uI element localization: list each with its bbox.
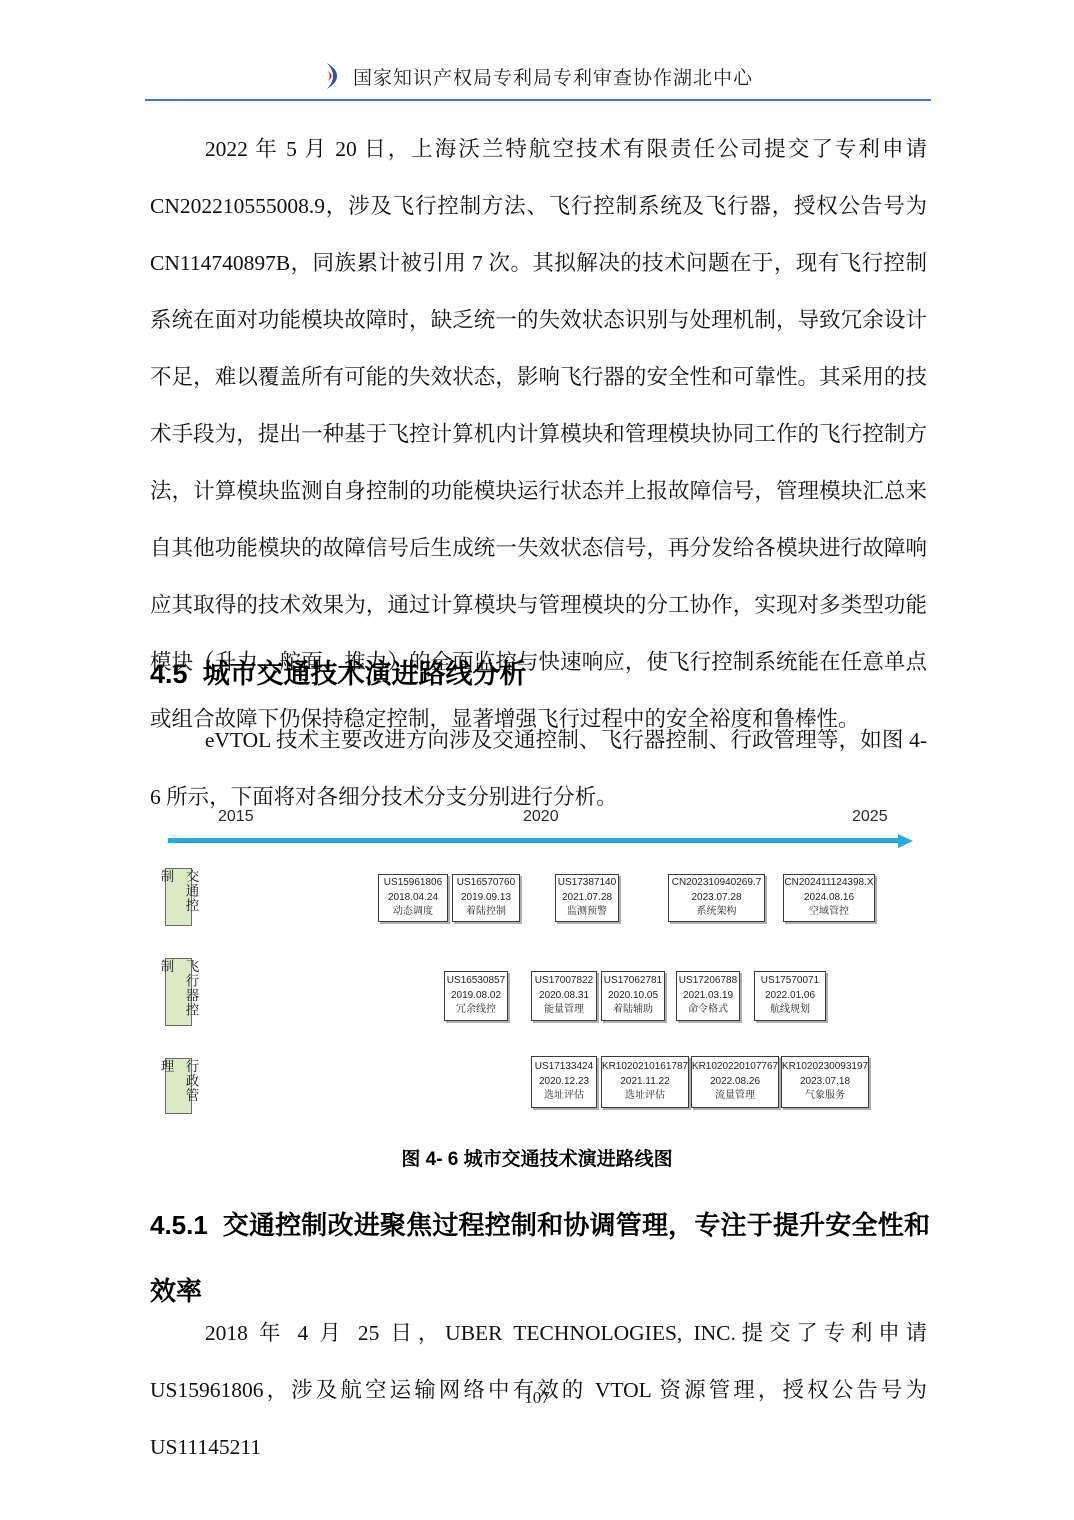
section-number: 4.5 (150, 659, 188, 689)
patent-label: 系统架构 (697, 905, 737, 920)
patent-date: 2024.08.16 (804, 891, 854, 906)
patent-label: 选址评估 (625, 1089, 665, 1104)
page-header: 国家知识产权局专利局专利审查协作湖北中心 (0, 62, 1074, 90)
section-title: 交通控制改进聚焦过程控制和协调管理，专注于提升安全性和效率 (150, 1210, 930, 1306)
patent-date: 2020.12.23 (539, 1075, 589, 1090)
patent-box: US17062781 2020.10.05 着陆辅助 (601, 971, 665, 1021)
row-label-aircraft-control: 飞行器控制 (165, 958, 192, 1026)
patent-label: 气象服务 (805, 1089, 845, 1104)
patent-label: 航线规划 (770, 1003, 810, 1018)
patent-id: CN202310940269.7 (672, 876, 762, 891)
patent-id: KR1020210161787 (602, 1060, 688, 1075)
patent-label: 冗余线控 (456, 1003, 496, 1018)
patent-id: US15961806 (384, 876, 442, 891)
patent-box: CN202310940269.7 2023.07.28 系统架构 (668, 874, 765, 922)
year-label-2020: 2020 (523, 808, 559, 826)
patent-date: 2021.11.22 (620, 1075, 669, 1090)
header-divider (145, 99, 931, 101)
patent-label: 命令格式 (688, 1003, 728, 1018)
patent-date: 2019.08.02 (451, 989, 501, 1004)
patent-date: 2021.03.19 (683, 989, 733, 1004)
patent-label: 着陆控制 (466, 905, 506, 920)
document-page: 国家知识产权局专利局专利审查协作湖北中心 2022 年 5 月 20 日，上海沃… (0, 0, 1074, 1520)
patent-label: 空域管控 (809, 905, 849, 920)
year-label-2025: 2025 (852, 808, 888, 826)
patent-id: US17062781 (604, 974, 662, 989)
timeline-bar (168, 838, 900, 843)
patent-id: US17007822 (535, 974, 593, 989)
patent-id: US17133424 (535, 1060, 593, 1075)
patent-date: 2020.10.05 (608, 989, 658, 1004)
patent-label: 监测预警 (567, 905, 607, 920)
patent-id: US16570760 (457, 876, 515, 891)
patent-box: CN202411124398.X 2024.08.16 空域管控 (783, 874, 875, 922)
row-label-traffic-control: 交通控制 (165, 868, 192, 926)
section-title: 城市交通技术演进路线分析 (203, 659, 527, 689)
timeline-arrowhead-icon (898, 834, 913, 848)
figure-caption: 图 4- 6 城市交通技术演进路线图 (0, 1144, 1074, 1171)
cnipa-logo-icon (321, 62, 341, 90)
row-label-admin-management: 行政管理 (165, 1058, 192, 1114)
year-label-2015: 2015 (218, 808, 254, 826)
patent-box: US17007822 2020.08.31 能量管理 (531, 971, 597, 1021)
patent-label: 能量管理 (544, 1003, 584, 1018)
patent-label: 流量管理 (715, 1089, 755, 1104)
patent-date: 2021.07.28 (562, 891, 612, 906)
patent-id: US17570071 (761, 974, 819, 989)
patent-id: CN202411124398.X (784, 876, 873, 891)
patent-box: US17133424 2020.12.23 选址评估 (531, 1056, 597, 1108)
patent-label: 着陆辅助 (613, 1003, 653, 1018)
patent-box: US16570760 2019.09.13 着陆控制 (452, 874, 520, 922)
header-title: 国家知识产权局专利局专利审查协作湖北中心 (353, 63, 753, 90)
patent-date: 2023.07.18 (800, 1075, 850, 1090)
patent-id: KR1020220107767 (692, 1060, 778, 1075)
patent-date: 2018.04.24 (388, 891, 438, 906)
patent-date: 2023.07.28 (691, 891, 741, 906)
evolution-roadmap-figure: 2015 2020 2025 交通控制 飞行器控制 行政管理 US1596180… (160, 808, 932, 1126)
patent-box: US16530857 2019.08.02 冗余线控 (444, 971, 508, 1021)
patent-box: US17206788 2021.03.19 命令格式 (676, 971, 740, 1021)
patent-box: US15961806 2018.04.24 动态调度 (378, 874, 448, 922)
timeline-arrow (168, 834, 916, 848)
section-4-5-heading: 4.5 城市交通技术演进路线分析 (150, 652, 930, 691)
patent-label: 选址评估 (544, 1089, 584, 1104)
section-number: 4.5.1 (150, 1210, 208, 1240)
patent-box: US17570071 2022.01.06 航线规划 (754, 971, 826, 1021)
patent-date: 2019.09.13 (461, 891, 511, 906)
patent-id: US16530857 (447, 974, 505, 989)
patent-box: US17387140 2021.07.28 监测预警 (555, 874, 619, 922)
patent-box: KR1020210161787 2021.11.22 选址评估 (601, 1056, 689, 1108)
patent-id: US17206788 (679, 974, 737, 989)
patent-date: 2020.08.31 (539, 989, 589, 1004)
patent-id: KR1020230093197 (782, 1060, 868, 1075)
patent-box: KR1020220107767 2022.08.26 流量管理 (691, 1056, 779, 1108)
patent-id: US17387140 (558, 876, 616, 891)
page-number: 107 (0, 1388, 1074, 1408)
patent-date: 2022.08.26 (710, 1075, 760, 1090)
patent-box: KR1020230093197 2023.07.18 气象服务 (781, 1056, 869, 1108)
patent-label: 动态调度 (393, 905, 433, 920)
patent-date: 2022.01.06 (765, 989, 815, 1004)
